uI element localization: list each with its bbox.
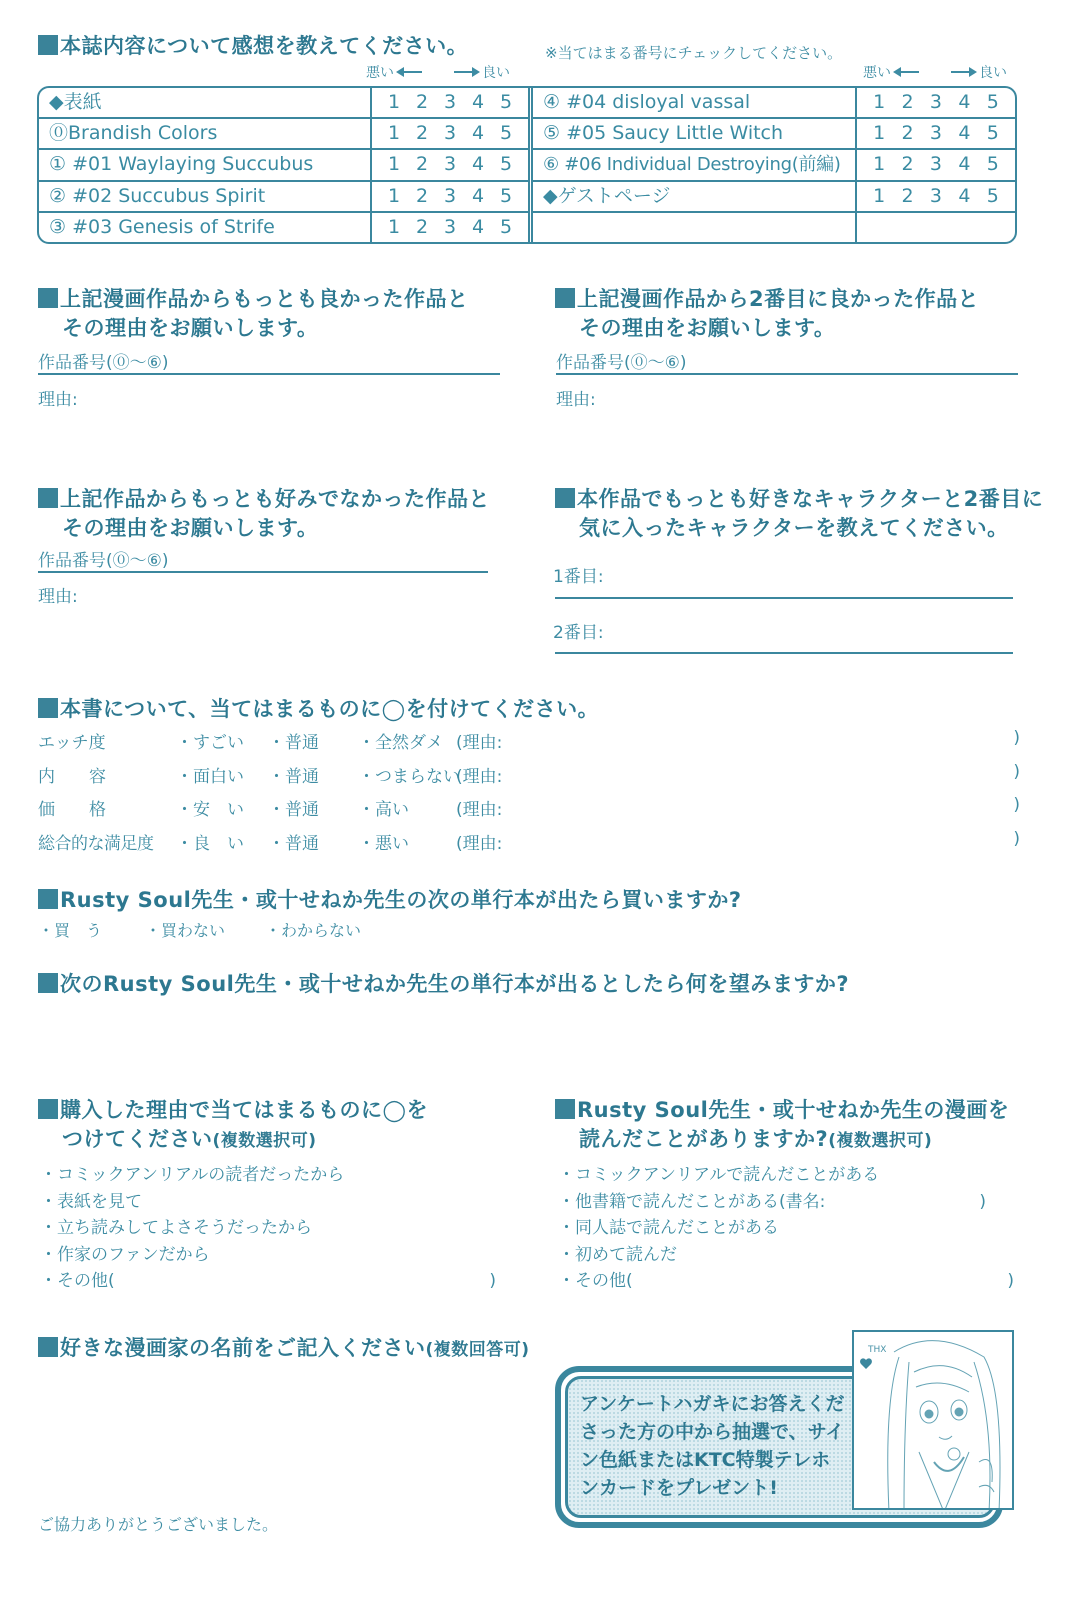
scale-good-label: 良い — [979, 62, 1007, 82]
opinion-reason-close: ) — [1010, 728, 1020, 753]
rating-option-2[interactable]: 2 — [902, 119, 914, 148]
worst-work-reason-field[interactable] — [38, 608, 488, 668]
rating-row: ③ #03 Genesis of Strife 1 2 3 4 5 — [39, 213, 528, 242]
rating-option-4[interactable]: 4 — [958, 88, 970, 117]
rating-option-5[interactable]: 5 — [500, 182, 512, 211]
rating-table: ◆表紙 1 2 3 4 5 ⓪Brandish Colors 1 2 3 4 5… — [37, 86, 1017, 244]
opinion-option[interactable]: ・普通 — [268, 728, 358, 753]
rating-option-3[interactable]: 3 — [930, 119, 942, 148]
wish-next-title: 次のRusty Soul先生・或十せねか先生の単行本が出るとしたら何を望みますか… — [38, 970, 849, 999]
opinion-option[interactable]: ・普通 — [268, 762, 358, 787]
opinion-option[interactable]: ・すごい — [176, 728, 268, 753]
square-bullet-icon — [38, 889, 58, 909]
opinion-reason-close: ) — [1010, 829, 1020, 854]
rating-option-1[interactable]: 1 — [388, 150, 400, 179]
characters-title: 本作品でもっとも好きなキャラクターと2番目に 気に入ったキャラクターを教えてくだ… — [555, 485, 1043, 543]
buy-next-option-buy[interactable]: ・買 う — [38, 918, 102, 941]
rating-options: 1 2 3 4 5 — [372, 88, 528, 117]
rating-row: ◆表紙 1 2 3 4 5 — [39, 88, 528, 119]
square-bullet-icon — [38, 1099, 58, 1119]
rating-option-2[interactable]: 2 — [902, 88, 914, 117]
rating-option-1[interactable]: 1 — [873, 119, 885, 148]
rating-option-1[interactable]: 1 — [873, 182, 885, 211]
purchase-reason-list: ・コミックアンリアルの読者だったから ・表紙を見て ・立ち読みしてよさそうだった… — [40, 1162, 496, 1295]
opinion-reason-field[interactable]: (理由: — [456, 728, 1010, 753]
rating-options: 1 2 3 4 5 — [857, 150, 1015, 179]
read-before-option-other[interactable]: ・その他() — [558, 1268, 1014, 1295]
other-close: ) — [1007, 1268, 1014, 1295]
second-work-reason-field[interactable] — [556, 410, 1018, 470]
rating-row-label: ⓪Brandish Colors — [39, 119, 372, 148]
rating-option-3[interactable]: 3 — [444, 182, 456, 211]
other-book-close: ) — [979, 1189, 986, 1216]
thanks-message: ご協力ありがとうございました。 — [38, 1512, 278, 1535]
prize-line: さった方の中から抽選で、サイ — [580, 1418, 844, 1446]
opinion-category: エッチ度 — [38, 728, 176, 753]
prize-line: ン色紙またはKTC特製テレホ — [580, 1446, 844, 1474]
read-before-list: ・コミックアンリアルで読んだことがある ・他書籍で読んだことがある(書名:) ・… — [558, 1162, 1014, 1295]
rating-row: ◆ゲストページ 1 2 3 4 5 — [533, 182, 1015, 213]
rating-row: ⓪Brandish Colors 1 2 3 4 5 — [39, 119, 528, 150]
worst-work-title: 上記作品からもっとも好みでなかった作品と その理由をお願いします。 — [38, 485, 490, 543]
rating-option-2[interactable]: 2 — [902, 182, 914, 211]
rating-option-2[interactable]: 2 — [416, 213, 428, 242]
square-bullet-icon — [38, 288, 58, 308]
second-character-label: 2番目: — [553, 618, 604, 643]
rating-option-4[interactable]: 4 — [472, 213, 484, 242]
character-illustration: THX — [852, 1330, 1014, 1510]
best-work-reason-field[interactable] — [38, 410, 500, 470]
rating-row-label — [533, 213, 857, 242]
rating-option-5[interactable]: 5 — [987, 119, 999, 148]
book-opinion-title: 本書について、当てはまるものに◯を付けてください。 — [38, 695, 599, 724]
prize-line: アンケートハガキにお答えくだ — [580, 1390, 844, 1418]
opinion-category: 総合的な満足度 — [38, 829, 176, 854]
square-bullet-icon — [38, 488, 58, 508]
best-work-number-label: 作品番号(⓪〜⑥) — [38, 348, 169, 373]
rating-option-5[interactable]: 5 — [987, 150, 999, 179]
second-work-reason-label: 理由: — [556, 385, 596, 410]
rating-row: ⑥ #06 Individual Destroying(前編) 1 2 3 4 … — [533, 150, 1015, 181]
rating-option-5[interactable]: 5 — [500, 88, 512, 117]
opinion-reason-close: ) — [1010, 795, 1020, 820]
rating-option-4[interactable]: 4 — [472, 182, 484, 211]
opinion-option[interactable]: ・普通 — [268, 829, 358, 854]
opinion-reason-field[interactable]: (理由: — [456, 829, 1010, 854]
opinion-category: 価 格 — [38, 795, 176, 820]
rating-row-label: ① #01 Waylaying Succubus — [39, 150, 372, 179]
rating-options: 1 2 3 4 5 — [857, 88, 1015, 117]
rating-option-1[interactable]: 1 — [873, 150, 885, 179]
opinion-option[interactable]: ・安 い — [176, 795, 268, 820]
favorite-artists-field[interactable] — [38, 1370, 538, 1500]
rating-options-empty — [857, 213, 1015, 242]
rating-option-2[interactable]: 2 — [902, 150, 914, 179]
rating-option-3[interactable]: 3 — [444, 88, 456, 117]
prize-text: アンケートハガキにお答えくだ さった方の中から抽選で、サイ ン色紙またはKTC特… — [580, 1390, 844, 1502]
read-before-option[interactable]: ・初めて読んだ — [558, 1242, 1014, 1269]
worst-work-number-label: 作品番号(⓪〜⑥) — [38, 546, 169, 571]
read-before-option[interactable]: ・同人誌で読んだことがある — [558, 1215, 1014, 1242]
second-work-title: 上記漫画作品から2番目に良かった作品と その理由をお願いします。 — [555, 285, 979, 343]
opinion-option[interactable]: ・悪い — [358, 829, 456, 854]
rating-row-label: ③ #03 Genesis of Strife — [39, 213, 372, 242]
worst-work-number-field[interactable] — [38, 571, 488, 573]
rating-scale-left: 悪い 良い — [366, 62, 510, 82]
scale-bad-label: 悪い — [366, 62, 394, 82]
rating-option-3[interactable]: 3 — [444, 213, 456, 242]
second-work-number-field[interactable] — [556, 373, 1018, 375]
other-close: ) — [489, 1268, 496, 1295]
opinion-option[interactable]: ・面白い — [176, 762, 268, 787]
rating-option-1[interactable]: 1 — [388, 182, 400, 211]
favorite-artists-title: 好きな漫画家の名前をご記入ください(複数回答可) — [38, 1334, 530, 1365]
anime-girl-sketch-icon: THX — [854, 1332, 1014, 1510]
opinion-reason-close: ) — [1010, 762, 1020, 787]
prize-line: ンカードをプレゼント! — [580, 1474, 844, 1502]
rating-instruction-note: ※当てはまる番号にチェックしてください。 — [545, 42, 842, 63]
rating-options: 1 2 3 4 5 — [372, 182, 528, 211]
best-work-number-field[interactable] — [38, 373, 500, 375]
rating-row-label: ◆表紙 — [39, 88, 372, 117]
rating-option-1[interactable]: 1 — [388, 119, 400, 148]
rating-option-4[interactable]: 4 — [958, 150, 970, 179]
opinion-row-overall: 総合的な満足度 ・良 い ・普通 ・悪い (理由: ) — [38, 829, 1020, 854]
rating-option-3[interactable]: 3 — [444, 150, 456, 179]
opinion-row-erotic: エッチ度 ・すごい ・普通 ・全然ダメ (理由: ) — [38, 728, 1020, 753]
rating-option-3[interactable]: 3 — [930, 150, 942, 179]
square-bullet-icon — [555, 488, 575, 508]
rating-row: ① #01 Waylaying Succubus 1 2 3 4 5 — [39, 150, 528, 181]
read-before-option-other-book[interactable]: ・他書籍で読んだことがある(書名:) — [558, 1189, 986, 1216]
rating-row: ⑤ #05 Saucy Little Witch 1 2 3 4 5 — [533, 119, 1015, 150]
opinion-option[interactable]: ・普通 — [268, 795, 358, 820]
rating-options: 1 2 3 4 5 — [857, 182, 1015, 211]
rating-option-5[interactable]: 5 — [500, 150, 512, 179]
best-work-reason-label: 理由: — [38, 385, 78, 410]
rating-option-1[interactable]: 1 — [388, 88, 400, 117]
opinion-option[interactable]: ・良 い — [176, 829, 268, 854]
purchase-reason-option-other[interactable]: ・その他() — [40, 1268, 496, 1295]
double-arrow-icon — [895, 71, 975, 73]
purchase-reason-title: 購入した理由で当てはまるものに◯を つけてください(複数選択可) — [38, 1096, 428, 1156]
rating-option-1[interactable]: 1 — [388, 213, 400, 242]
svg-text:THX: THX — [867, 1345, 886, 1355]
opinion-option[interactable]: ・高い — [358, 795, 456, 820]
opinion-option[interactable]: ・全然ダメ — [358, 728, 456, 753]
opinion-row-content: 内 容 ・面白い ・普通 ・つまらない (理由: ) — [38, 762, 1020, 787]
rating-options: 1 2 3 4 5 — [372, 150, 528, 179]
rating-options: 1 2 3 4 5 — [857, 119, 1015, 148]
rating-table-left: ◆表紙 1 2 3 4 5 ⓪Brandish Colors 1 2 3 4 5… — [39, 88, 533, 242]
rating-row-label: ⑥ #06 Individual Destroying(前編) — [533, 150, 857, 179]
rating-option-3[interactable]: 3 — [444, 119, 456, 148]
opinion-option[interactable]: ・つまらない — [358, 762, 456, 787]
rating-row: ② #02 Succubus Spirit 1 2 3 4 5 — [39, 182, 528, 213]
opinion-row-price: 価 格 ・安 い ・普通 ・高い (理由: ) — [38, 795, 1020, 820]
rating-option-3[interactable]: 3 — [930, 182, 942, 211]
rating-option-4[interactable]: 4 — [472, 150, 484, 179]
rating-row-label: ② #02 Succubus Spirit — [39, 182, 372, 211]
opinion-reason-field[interactable]: (理由: — [456, 762, 1010, 787]
read-before-title: Rusty Soul先生・或十せねか先生の漫画を 読んだことがありますか?(複数… — [555, 1096, 1009, 1156]
rating-option-3[interactable]: 3 — [930, 88, 942, 117]
rating-option-2[interactable]: 2 — [416, 88, 428, 117]
square-bullet-icon — [38, 35, 58, 55]
first-character-label: 1番目: — [553, 562, 604, 587]
rating-option-2[interactable]: 2 — [416, 119, 428, 148]
rating-option-5[interactable]: 5 — [500, 213, 512, 242]
buy-next-option-unsure[interactable]: ・わからない — [265, 918, 361, 941]
best-work-title: 上記漫画作品からもっとも良かった作品と その理由をお願いします。 — [38, 285, 469, 343]
scale-good-label: 良い — [482, 62, 510, 82]
rating-row: ④ #04 disloyal vassal 1 2 3 4 5 — [533, 88, 1015, 119]
rating-options: 1 2 3 4 5 — [372, 119, 528, 148]
other-book-label: ・他書籍で読んだことがある(書名: — [558, 1189, 825, 1216]
square-bullet-icon — [38, 1337, 58, 1357]
square-bullet-icon — [555, 288, 575, 308]
rating-options: 1 2 3 4 5 — [372, 213, 528, 242]
rating-option-2[interactable]: 2 — [416, 182, 428, 211]
rating-row-empty — [533, 213, 1015, 242]
square-bullet-icon — [38, 698, 58, 718]
opinion-category: 内 容 — [38, 762, 176, 787]
rating-section-title: 本誌内容について感想を教えてください。 — [38, 32, 468, 61]
purchase-reason-option[interactable]: ・作家のファンだから — [40, 1242, 496, 1269]
second-work-number-label: 作品番号(⓪〜⑥) — [556, 348, 687, 373]
buy-next-title: Rusty Soul先生・或十せねか先生の次の単行本が出たら買いますか? — [38, 886, 742, 915]
buy-next-option-no[interactable]: ・買わない — [145, 918, 225, 941]
rating-option-2[interactable]: 2 — [416, 150, 428, 179]
wish-next-field[interactable] — [38, 1005, 1018, 1085]
rating-row-label: ◆ゲストページ — [533, 182, 857, 211]
read-before-option[interactable]: ・コミックアンリアルで読んだことがある — [558, 1162, 1014, 1189]
rating-option-5[interactable]: 5 — [987, 182, 999, 211]
rating-option-5[interactable]: 5 — [987, 88, 999, 117]
purchase-reason-option[interactable]: ・立ち読みしてよさそうだったから — [40, 1215, 496, 1242]
double-arrow-icon — [398, 71, 478, 73]
opinion-reason-field[interactable]: (理由: — [456, 795, 1010, 820]
rating-row-label: ④ #04 disloyal vassal — [533, 88, 857, 117]
other-label: ・その他( — [40, 1268, 115, 1295]
purchase-reason-option[interactable]: ・表紙を見て — [40, 1189, 496, 1216]
rating-option-4[interactable]: 4 — [958, 182, 970, 211]
rating-scale-right: 悪い 良い — [863, 62, 1007, 82]
first-character-field[interactable] — [555, 597, 1013, 599]
purchase-reason-option[interactable]: ・コミックアンリアルの読者だったから — [40, 1162, 496, 1189]
rating-option-5[interactable]: 5 — [500, 119, 512, 148]
rating-option-1[interactable]: 1 — [873, 88, 885, 117]
rating-table-right: ④ #04 disloyal vassal 1 2 3 4 5 ⑤ #05 Sa… — [533, 88, 1015, 242]
square-bullet-icon — [555, 1099, 575, 1119]
square-bullet-icon — [38, 973, 58, 993]
rating-row-label: ⑤ #05 Saucy Little Witch — [533, 119, 857, 148]
second-character-field[interactable] — [555, 652, 1013, 654]
rating-option-4[interactable]: 4 — [472, 119, 484, 148]
rating-option-4[interactable]: 4 — [958, 119, 970, 148]
scale-bad-label: 悪い — [863, 62, 891, 82]
worst-work-reason-label: 理由: — [38, 582, 78, 607]
other-label: ・その他( — [558, 1268, 633, 1295]
rating-option-4[interactable]: 4 — [472, 88, 484, 117]
